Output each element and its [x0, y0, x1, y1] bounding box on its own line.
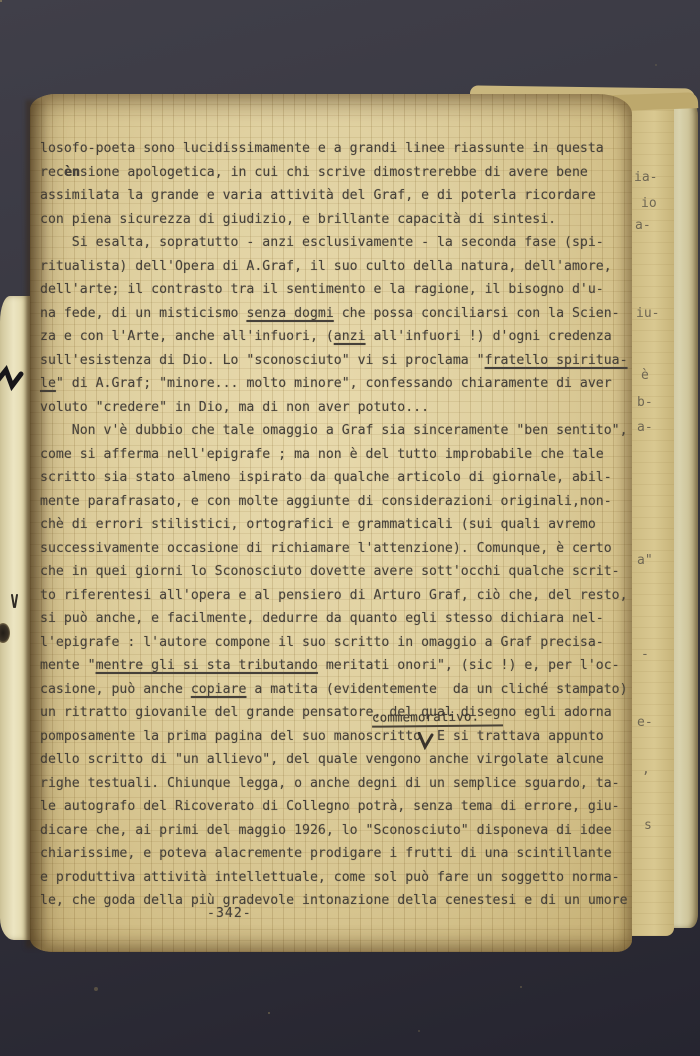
text-fragment: è: [641, 368, 649, 383]
text-line: dello scritto di "un allievo", del quale…: [40, 748, 632, 772]
text-fragment: -: [641, 647, 649, 662]
text-fragment: ia-: [634, 170, 657, 185]
text-fragment: iu-: [636, 306, 659, 321]
binding-thread: [0, 364, 26, 394]
text-fragment: s: [644, 818, 652, 833]
typewritten-text: losofo-poeta sono lucidissimamente e a g…: [40, 137, 632, 913]
photo-backdrop: ia-ioa-iu-èb-a-a"-e-,s losofo-poeta sono…: [0, 0, 700, 1056]
text-line: si può anche, e facilmente, dedurre da q…: [40, 607, 632, 631]
text-line: to riferentesi all'opera e al pensiero d…: [40, 584, 632, 608]
text-fragment: b-: [637, 395, 653, 410]
text-line: recènsione apologetica, in cui chi scriv…: [40, 161, 632, 185]
text-line: successivamente occasione di richiamare …: [40, 537, 632, 561]
text-line: za e con l'Arte, anche all'infuori, (anz…: [40, 325, 632, 349]
text-line: che in quei giorni lo Sconosciuto dovett…: [40, 560, 632, 584]
insertion-caret-mark: [418, 732, 434, 750]
manuscript-page: losofo-poeta sono lucidissimamente e a g…: [30, 94, 632, 952]
text-line: scritto sia stato almeno ispirato da qua…: [40, 466, 632, 490]
text-line: con piena sicurezza di giudizio, e brill…: [40, 208, 632, 232]
text-line: un ritratto giovanile del grande pensato…: [40, 701, 632, 725]
text-line: casione, può anche copiare a matita (evi…: [40, 678, 632, 702]
text-line: Si esalta, sopratutto - anzi esclusivame…: [40, 231, 632, 255]
text-line: na fede, di un misticismo senza dogmi ch…: [40, 302, 632, 326]
text-line: come si afferma nell'epigrafe ; ma non è…: [40, 443, 632, 467]
text-line: chè di errori stilistici, ortografici e …: [40, 513, 632, 537]
text-line: l'epigrafe : l'autore compone il suo scr…: [40, 631, 632, 655]
text-line: Non v'è dubbio che tale omaggio a Graf s…: [40, 419, 632, 443]
text-line: ritualista) dell'Opera di A.Graf, il suo…: [40, 255, 632, 279]
text-line: mente parafrasato, e con molte aggiunte …: [40, 490, 632, 514]
text-line: voluto "credere" in Dio, ma di non aver …: [40, 396, 632, 420]
text-line: le" di A.Graf; "minore... molto minore",…: [40, 372, 632, 396]
text-line: losofo-poeta sono lucidissimamente e a g…: [40, 137, 632, 161]
text-fragment: a-: [637, 420, 653, 435]
text-line: pomposamente la prima pagina del suo man…: [40, 725, 632, 749]
text-line: mente "mentre gli si sta tributando meri…: [40, 654, 632, 678]
text-fragment: a": [637, 553, 653, 568]
page-number: -342-: [207, 906, 252, 921]
pen-mark: [9, 594, 21, 608]
text-line: dell'arte; il contrasto tra il sentiment…: [40, 278, 632, 302]
text-line: e produttiva attività intellettuale, com…: [40, 866, 632, 890]
text-line: le autografo del Ricoverato di Collegno …: [40, 795, 632, 819]
text-line: le, che goda della più gradevole intonaz…: [40, 889, 632, 913]
text-line: chiarissime, e poteva alacremente prodig…: [40, 842, 632, 866]
text-line: assimilata la grande e varia attività de…: [40, 184, 632, 208]
interlinear-insertion: commemorativo.: [372, 708, 503, 727]
text-fragment: io: [641, 196, 657, 211]
text-fragment: a-: [635, 218, 651, 233]
text-line: dicare che, ai primi del maggio 1926, lo…: [40, 819, 632, 843]
text-line: righe testuali. Chiunque legga, o anche …: [40, 772, 632, 796]
text-line: sull'esistenza di Dio. Lo "sconosciuto" …: [40, 349, 632, 373]
text-fragment: ,: [642, 762, 650, 777]
text-fragment: e-: [637, 715, 653, 730]
